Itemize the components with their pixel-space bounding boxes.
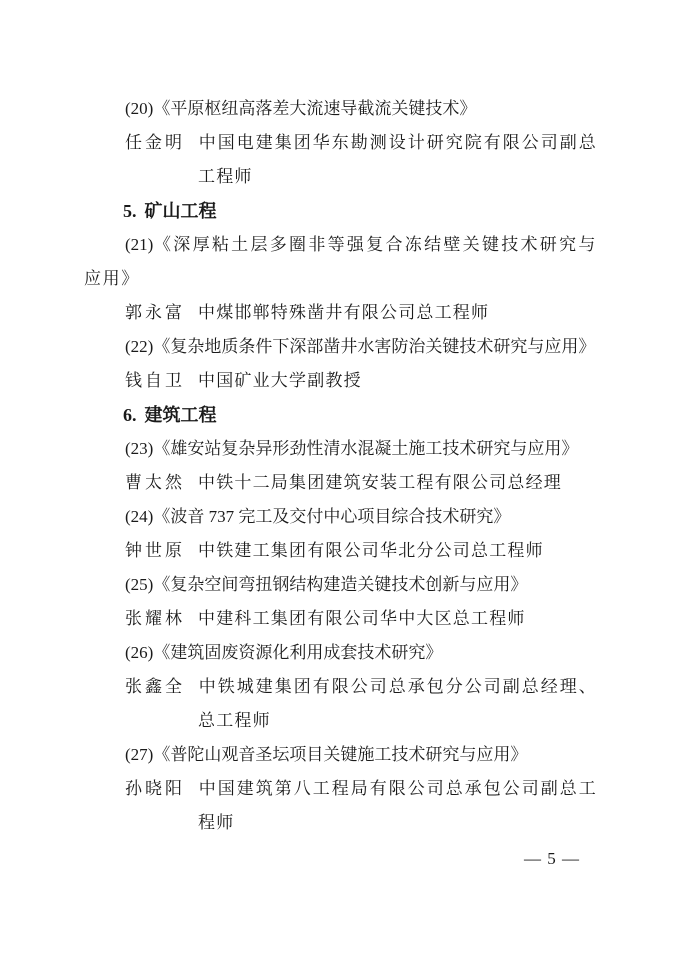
presenter-name: 曹太然 [125,466,198,500]
project-title: 《雄安站复杂异形劲性清水混凝土施工技术研究与应用》 [153,439,578,458]
document-page: (20)《平原枢纽高落差大流速导截流关键技术》 任金明中国电建集团华东勘测设计研… [0,0,680,962]
project-title: 《建筑固废资源化利用成套技术研究》 [153,643,442,662]
project-number: (21) [125,235,153,254]
project-title: 《普陀山观音圣坛项目关键施工技术研究与应用》 [153,745,527,764]
section-number: 5. [123,201,137,221]
project-number: (26) [125,643,153,662]
project-presenter-24: 钟世原中铁建工集团有限公司华北分公司总工程师 [84,534,597,568]
presenter-affiliation: 中国电建集团华东勘测设计研究院有限公司副总工程师 [198,133,597,186]
project-number: (22) [125,337,153,356]
project-number: (27) [125,745,153,764]
project-title-22: (22)《复杂地质条件下深部凿井水害防治关键技术研究与应用》 [84,330,597,364]
presenter-name: 张耀林 [125,602,198,636]
page-number: — 5 — [524,842,580,876]
presenter-affiliation: 中国矿业大学副教授 [198,371,362,390]
project-title-23: (23)《雄安站复杂异形劲性清水混凝土施工技术研究与应用》 [84,432,597,466]
project-title-21: (21)《深厚粘土层多圈非等强复合冻结壁关键技术研究与应用》 [84,228,597,296]
presenter-affiliation: 中建科工集团有限公司华中大区总工程师 [198,609,526,628]
section-heading-6: 6.建筑工程 [84,398,597,432]
project-title-20: (20)《平原枢纽高落差大流速导截流关键技术》 [84,92,597,126]
project-title-27: (27)《普陀山观音圣坛项目关键施工技术研究与应用》 [84,738,597,772]
project-presenter-20: 任金明中国电建集团华东勘测设计研究院有限公司副总工程师 [84,126,597,194]
project-title: 《深厚粘土层多圈非等强复合冻结壁关键技术研究与应用》 [84,235,597,288]
presenter-name: 孙晓阳 [125,772,198,806]
presenter-affiliation: 中铁建工集团有限公司华北分公司总工程师 [198,541,544,560]
presenter-affiliation: 中煤邯郸特殊凿井有限公司总工程师 [198,303,489,322]
presenter-name: 张鑫全 [125,670,198,704]
project-title: 《波音 737 完工及交付中心项目综合技术研究》 [153,507,510,526]
project-title-26: (26)《建筑固废资源化利用成套技术研究》 [84,636,597,670]
project-title: 《复杂地质条件下深部凿井水害防治关键技术研究与应用》 [153,337,595,356]
presenter-name: 郭永富 [125,296,198,330]
project-number: (20) [125,99,153,118]
project-presenter-27: 孙晓阳中国建筑第八工程局有限公司总承包公司副总工程师 [84,772,597,840]
project-number: (25) [125,575,153,594]
presenter-name: 任金明 [125,126,198,160]
project-title: 《平原枢纽高落差大流速导截流关键技术》 [153,99,476,118]
section-title: 建筑工程 [145,405,217,425]
presenter-affiliation: 中国建筑第八工程局有限公司总承包公司副总工程师 [198,779,597,832]
presenter-affiliation: 中铁城建集团有限公司总承包分公司副总经理、总工程师 [198,677,597,730]
project-presenter-21: 郭永富中煤邯郸特殊凿井有限公司总工程师 [84,296,597,330]
section-number: 6. [123,405,137,425]
project-title-24: (24)《波音 737 完工及交付中心项目综合技术研究》 [84,500,597,534]
project-presenter-26: 张鑫全中铁城建集团有限公司总承包分公司副总经理、总工程师 [84,670,597,738]
project-number: (23) [125,439,153,458]
project-presenter-23: 曹太然中铁十二局集团建筑安装工程有限公司总经理 [84,466,597,500]
project-presenter-22: 钱自卫中国矿业大学副教授 [84,364,597,398]
presenter-name: 钟世原 [125,534,198,568]
section-heading-5: 5.矿山工程 [84,194,597,228]
project-title-25: (25)《复杂空间弯扭钢结构建造关键技术创新与应用》 [84,568,597,602]
presenter-name: 钱自卫 [125,364,198,398]
project-presenter-25: 张耀林中建科工集团有限公司华中大区总工程师 [84,602,597,636]
section-title: 矿山工程 [145,201,217,221]
project-title: 《复杂空间弯扭钢结构建造关键技术创新与应用》 [153,575,527,594]
project-number: (24) [125,507,153,526]
presenter-affiliation: 中铁十二局集团建筑安装工程有限公司总经理 [198,473,562,492]
